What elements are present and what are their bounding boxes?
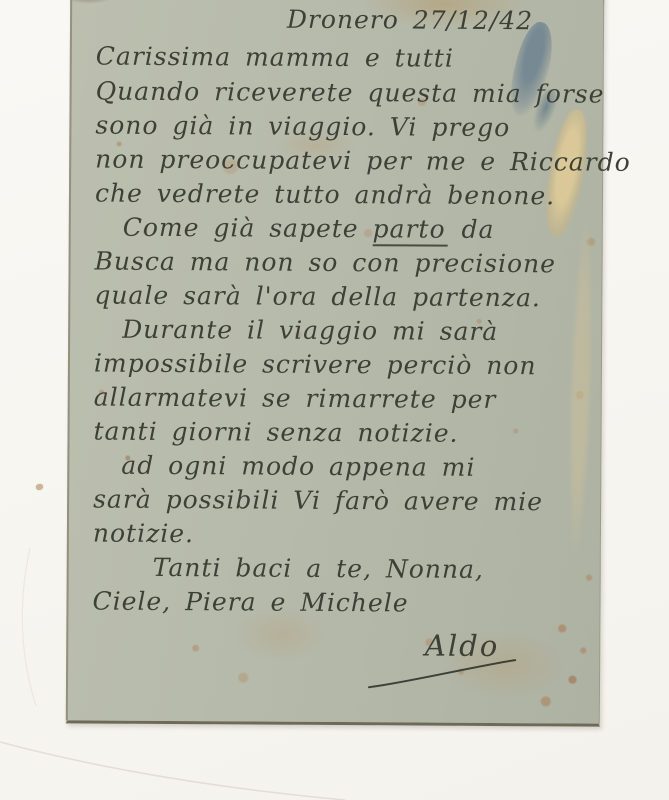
- signature-flourish-underline: [367, 656, 517, 691]
- body-line: sarà possibili Vi farò avere mie: [93, 483, 588, 520]
- body-line: non preoccupatevi per me e Riccardo: [95, 143, 590, 180]
- body-line: Durante il viaggio mi sarà: [94, 313, 589, 350]
- body-line: sono già in viaggio. Vi prego: [95, 109, 590, 146]
- body-line: Busca ma non so con precisione: [94, 245, 589, 282]
- body-line: ad ogni modo appena mi: [93, 449, 588, 486]
- body-line: che vedrete tutto andrà benone.: [95, 177, 590, 214]
- body-line: impossibile scrivere perciò non: [94, 347, 589, 384]
- closing-line: Ciele, Piera e Michele: [92, 585, 587, 622]
- postcard: Dronero 27/12/42 Carissima mamma e tutti…: [66, 0, 604, 727]
- handwritten-letter: Dronero 27/12/42 Carissima mamma e tutti…: [92, 0, 591, 724]
- body-line: Quando riceverete questa mia forse: [96, 75, 591, 112]
- body-line-with-underline: Come già sapete parto da: [95, 211, 590, 248]
- body-line-segment: Come già sapete: [123, 213, 373, 244]
- underlined-word: parto: [372, 214, 447, 246]
- dateline: Dronero 27/12/42: [96, 0, 591, 42]
- body-line: allarmatevi se rimarrete per: [94, 381, 589, 418]
- body-line-segment: da: [447, 215, 494, 244]
- salutation: Carissima mamma e tutti: [96, 39, 591, 78]
- dust-speck: [36, 484, 43, 490]
- scanner-background: Dronero 27/12/42 Carissima mamma e tutti…: [0, 0, 669, 800]
- signature-block: Aldo: [92, 625, 587, 686]
- closing-line: Tanti baci a te, Nonna,: [93, 551, 588, 588]
- body-line: tanti giorni senza notizie.: [93, 415, 588, 452]
- body-line: quale sarà l'ora della partenza.: [94, 279, 589, 316]
- body-line: notizie.: [93, 517, 588, 554]
